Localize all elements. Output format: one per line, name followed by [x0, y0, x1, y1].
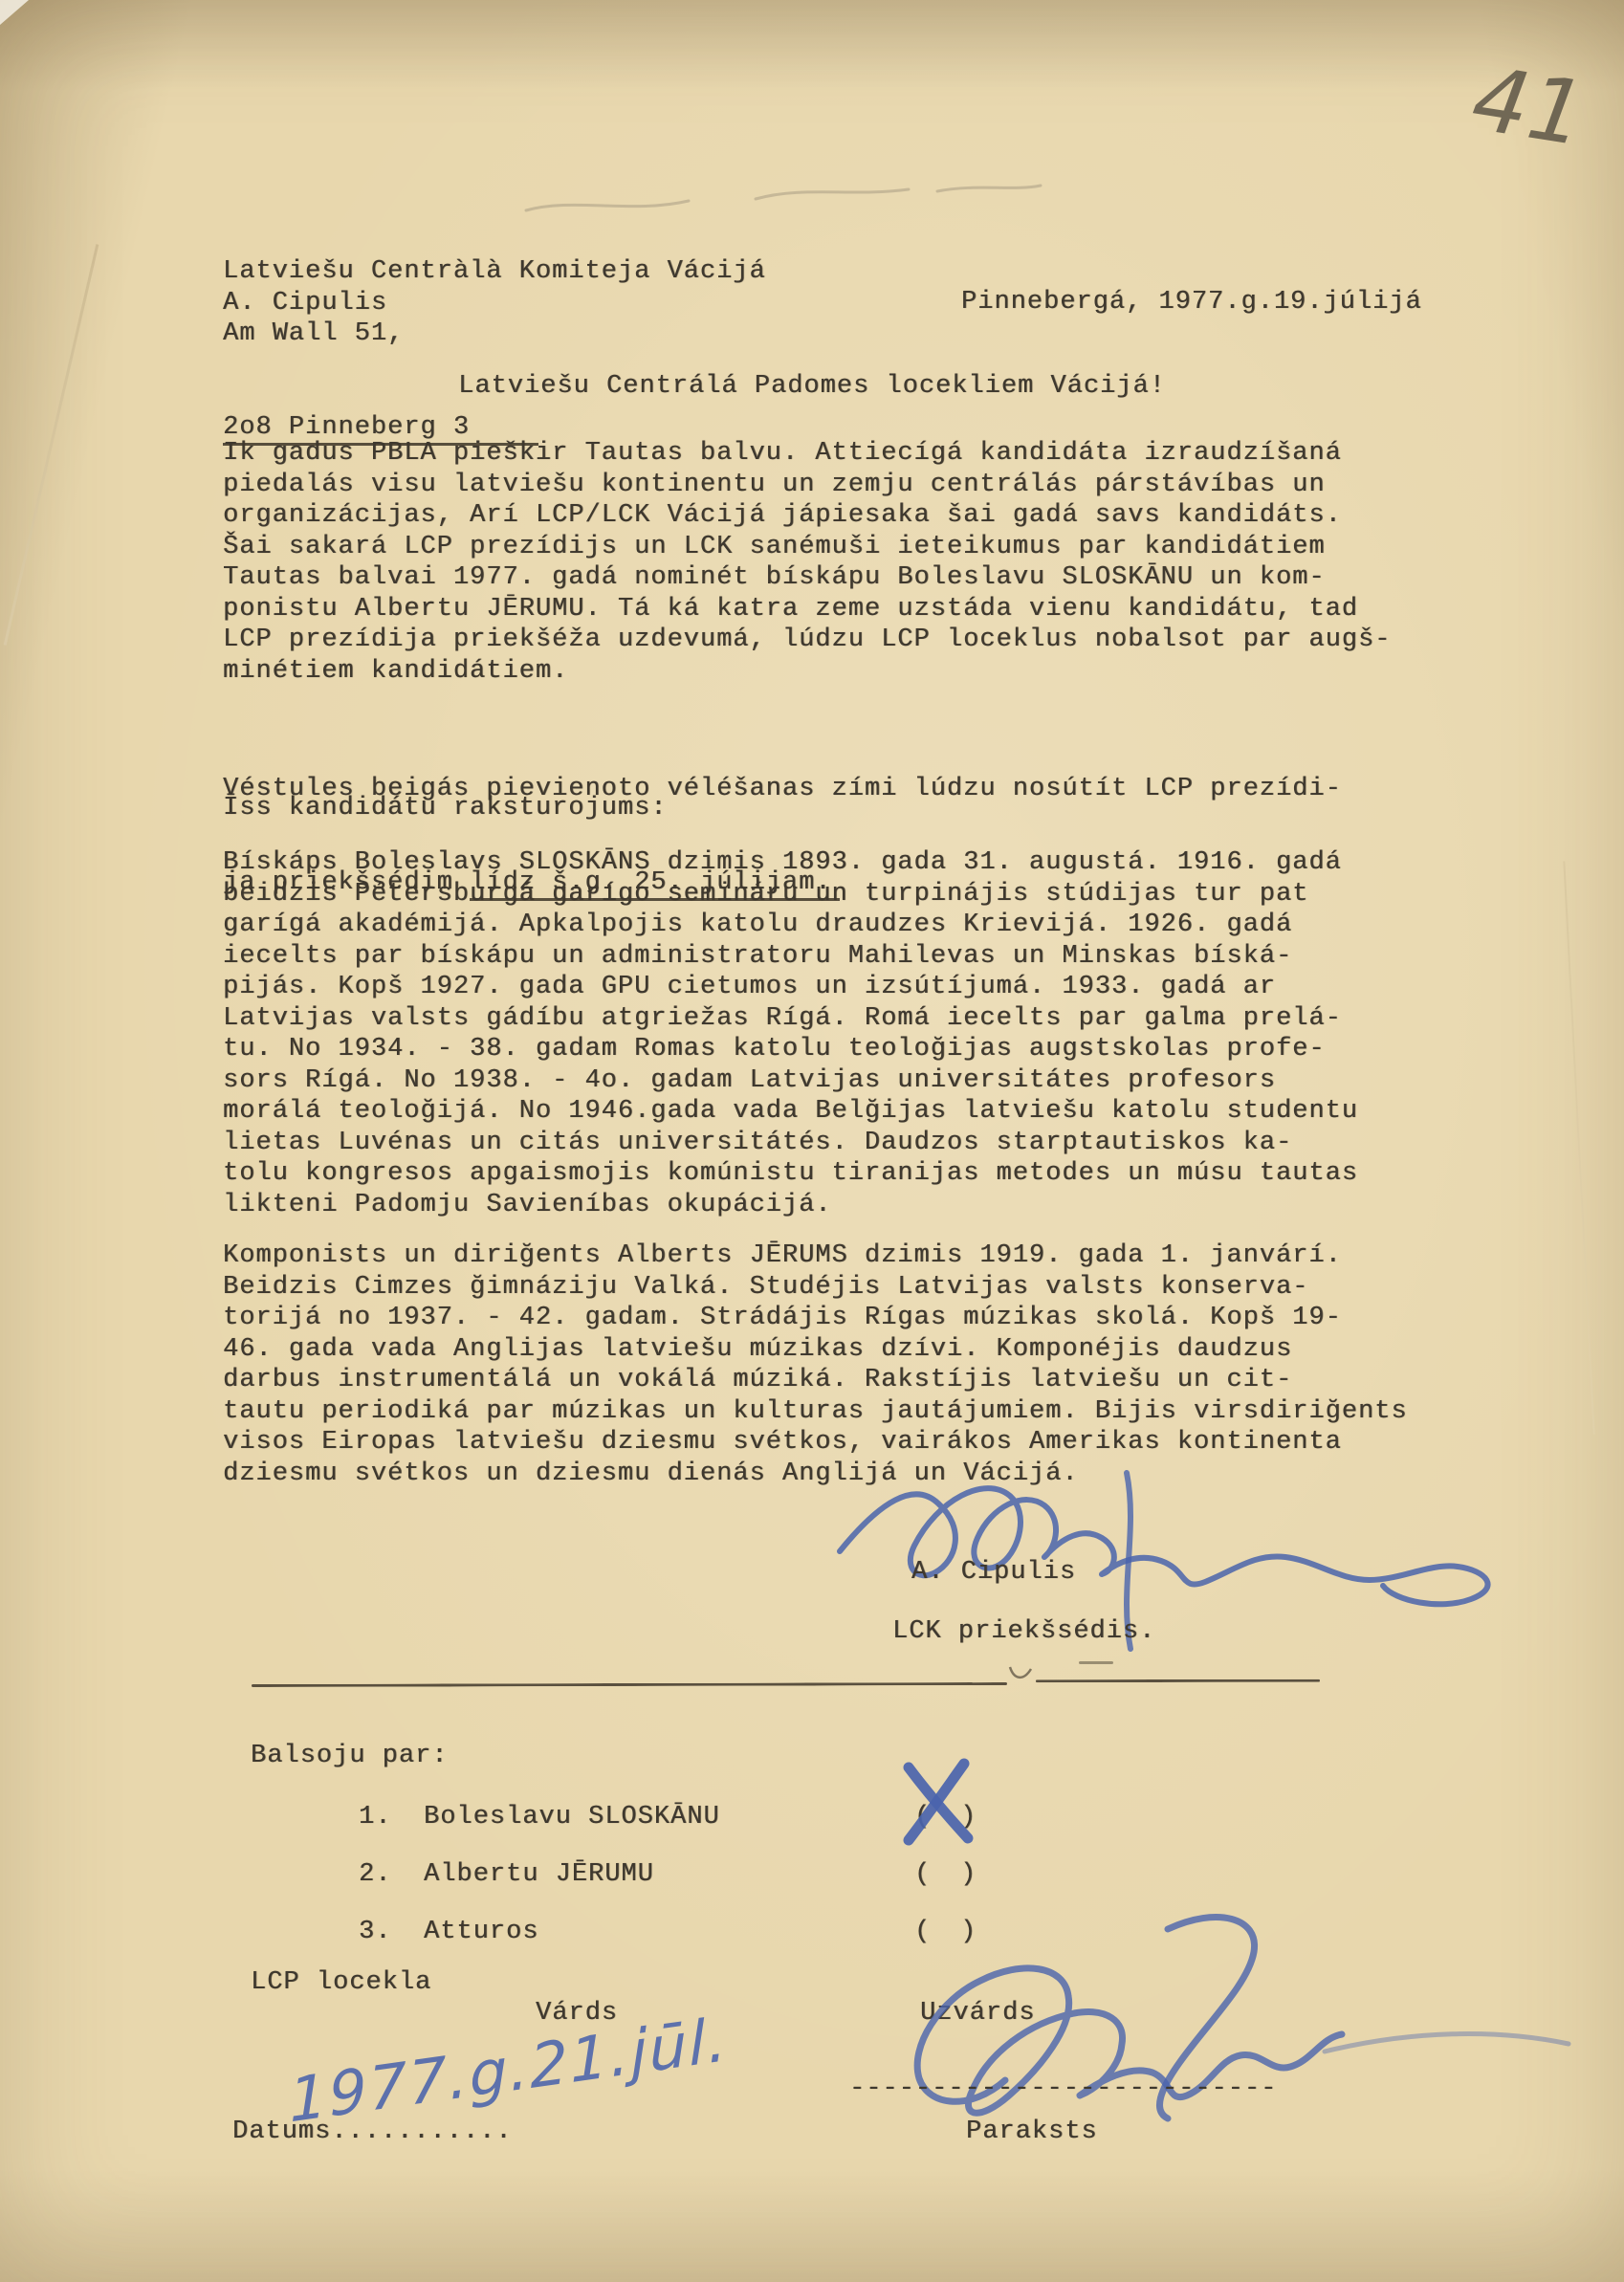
- ballot-number: 3.: [359, 1917, 391, 1948]
- scanned-letter-page: 41 Latviešu Centràlà Komiteja VácijáA. C…: [0, 0, 1624, 2282]
- ballot-number: 1.: [359, 1802, 391, 1833]
- sloskans-biography: Bískáps Boleslavs SLOSKĀNS dzimis 1893. …: [223, 847, 1358, 1220]
- signature-dash-line: --------------------------: [849, 2074, 1277, 2105]
- candidates-heading: Īss kandidátu raksturojums:: [223, 793, 667, 824]
- ballot-number: 2.: [359, 1859, 391, 1891]
- ballot-option-2: 2. Albertu JĒRUMU ( ): [359, 1859, 1047, 1892]
- stray-mark: [1079, 1661, 1113, 1664]
- ballot-candidate-name: Atturos: [424, 1917, 538, 1948]
- divider-line: [252, 1682, 1007, 1687]
- vote-x-mark: [895, 1756, 979, 1846]
- dateline: Pinnebergá, 1977.g.19.júlijá: [961, 287, 1422, 318]
- signatory-title: LCK priekšsédis.: [892, 1616, 1155, 1648]
- signature-label: Paraksts: [966, 2117, 1098, 2148]
- salutation: Latviešu Centrálá Padomes locekliem Váci…: [223, 371, 1401, 403]
- ballot-section-label: Balsoju par:: [251, 1741, 448, 1772]
- stray-check-mark: [1008, 1664, 1037, 1685]
- sender-address-lines: Latviešu Centràlà Komiteja VácijáA. Cipu…: [223, 256, 766, 350]
- ballot-candidate-name: Albertu JĒRUMU: [424, 1859, 654, 1891]
- ballot-candidate-name: Boleslavu SLOSKĀNU: [424, 1802, 720, 1833]
- ballot-paren-close: ): [960, 1859, 977, 1891]
- paper-crease: [1563, 861, 1594, 1434]
- paper-corner-fold: [0, 0, 29, 25]
- member-label: LCP locekla: [251, 1967, 431, 1999]
- paper-crease: [4, 244, 99, 646]
- divider-line: [1036, 1679, 1320, 1683]
- signatory-name: A. Cipulis: [911, 1557, 1076, 1589]
- ballot-paren-open: (: [914, 1859, 931, 1891]
- paragraph-nomination: Ik gadus PBLA pieškir Tautas balvu. Atti…: [223, 438, 1391, 687]
- archive-page-number: 41: [1465, 48, 1591, 166]
